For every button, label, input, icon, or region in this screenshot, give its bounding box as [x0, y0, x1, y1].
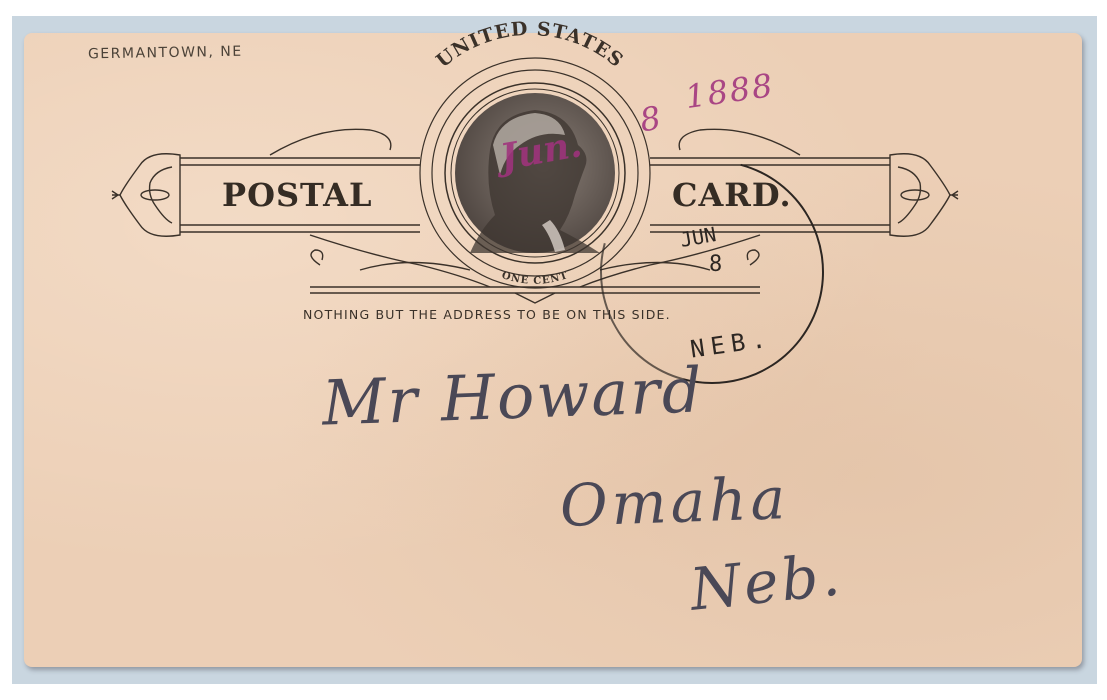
postmark-day: 8	[709, 252, 722, 277]
indicia-denomination: ONE CENT	[500, 270, 570, 287]
address-recipient: Mr Howard	[321, 353, 705, 439]
address-city: Omaha	[559, 464, 790, 540]
postal-title-word: POSTAL	[222, 176, 372, 214]
